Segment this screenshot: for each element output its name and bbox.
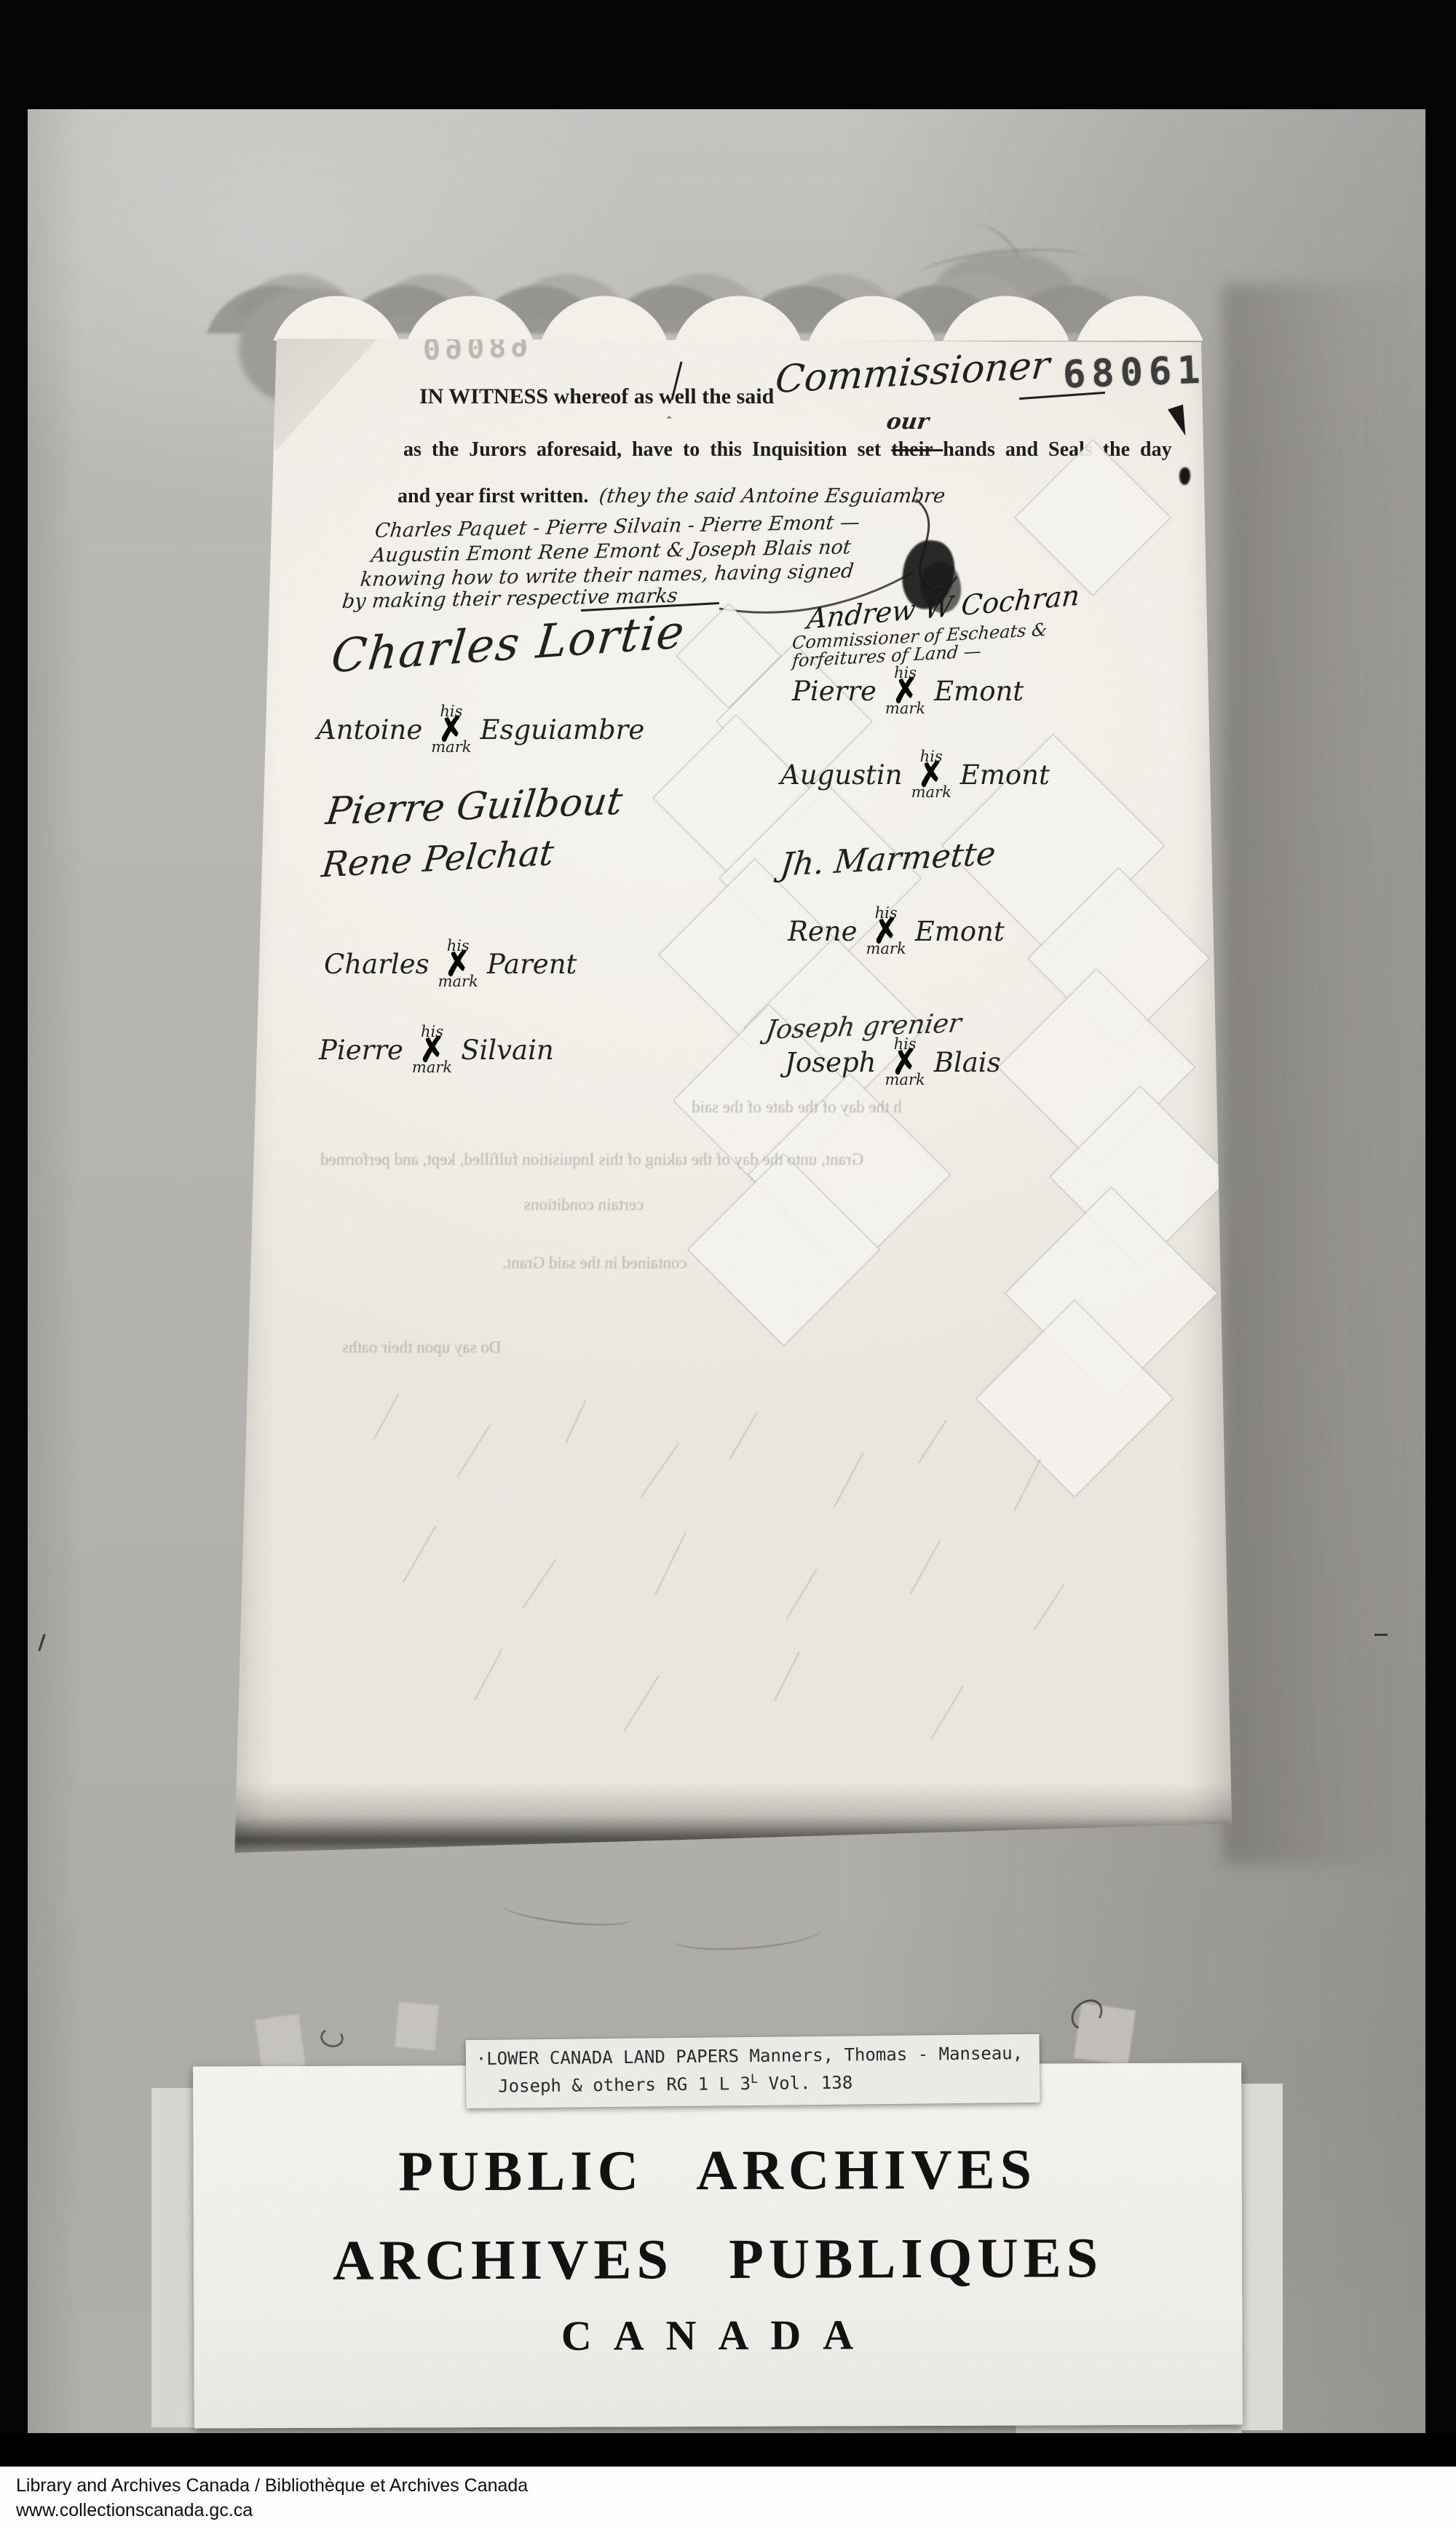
mark-first-name: Augustin — [780, 759, 903, 791]
mark-first-name: Charles — [324, 949, 430, 980]
footer-website: www.collectionscanada.gc.ca — [16, 2500, 253, 2521]
x-mark: ✗ — [871, 915, 901, 947]
card-country: CANADA — [194, 2309, 1242, 2361]
mark-first-name: Rene — [788, 916, 857, 947]
backing-sheet-right — [1238, 2084, 1283, 2430]
typed-label-line1: ·LOWER CANADA LAND PAPERS Manners, Thoma… — [476, 2043, 1024, 2069]
signature-pierre-emont: Pierre his ✗ mark Emont — [792, 666, 1024, 716]
document-sheet: 68060 68061 ‸ Commissioner IN WITNESS wh… — [233, 284, 1234, 1856]
paper-side-shadow — [1223, 284, 1427, 1864]
typed-reference-label: ·LOWER CANADA LAND PAPERS Manners, Thoma… — [466, 2034, 1040, 2108]
x-mark: ✗ — [443, 948, 473, 980]
his-mark-block: his ✗ mark — [911, 750, 951, 799]
signature-pierre-silvain: Pierre his ✗ mark Silvain — [319, 1025, 554, 1075]
his-mark-block: his ✗ mark — [885, 1037, 925, 1087]
his-mark-block: his ✗ mark — [412, 1025, 452, 1075]
frame-bottom-band — [0, 2433, 1456, 2467]
his-mark-block: his ✗ mark — [885, 666, 925, 716]
x-mark: ✗ — [890, 1046, 920, 1078]
tape-piece — [255, 2014, 305, 2072]
signature-augustin-emont: Augustin his ✗ mark Emont — [780, 750, 1050, 799]
edge-tick-mark — [1374, 1634, 1388, 1636]
card-title-french: ARCHIVES PUBLIQUES — [194, 2224, 1242, 2293]
bleedthrough-line: certain conditions — [524, 1195, 644, 1214]
signature-rene-emont: Rene his ✗ mark Emont — [788, 906, 1005, 956]
his-mark-block: his ✗ mark — [438, 939, 478, 989]
typed-label-line2-main: Joseph & others RG 1 L 3 — [498, 2073, 751, 2097]
x-mark: ✗ — [436, 713, 467, 746]
scanned-document-page: 68060 68061 ‸ Commissioner IN WITNESS wh… — [0, 0, 1456, 2527]
signature-joseph-blais: Joseph his ✗ mark Blais — [785, 1037, 1001, 1087]
mark-first-name: Antoine — [317, 714, 422, 746]
mark-last-name: Emont — [915, 916, 1005, 947]
paper-bottom-edge-shadow — [233, 1784, 1234, 1856]
bleedthrough-line: contained in the said Grant. — [502, 1254, 687, 1273]
paper-surface: 68060 68061 ‸ Commissioner IN WITNESS wh… — [233, 284, 1234, 1856]
x-mark: ✗ — [916, 759, 946, 791]
mark-last-name: Blais — [934, 1047, 1001, 1078]
signature-charles-parent: Charles his ✗ mark Parent — [324, 939, 577, 989]
mark-first-name: Pierre — [319, 1035, 403, 1066]
bleedthrough-line: Grant, unto the day of the taking of thi… — [320, 1150, 863, 1169]
typed-label-superscript: L — [751, 2072, 758, 2087]
typed-label-line2: Joseph & others RG 1 L 3L Vol. 138 — [498, 2071, 852, 2097]
signature-antoine-esguiambre: Antoine his ✗ mark Esguiambre — [317, 705, 644, 754]
footer-attribution: Library and Archives Canada / Bibliothèq… — [16, 2475, 528, 2496]
card-title-english: PUBLIC ARCHIVES — [193, 2135, 1241, 2204]
mark-first-name: Pierre — [792, 676, 877, 707]
backing-sheet-left — [151, 2088, 199, 2427]
his-mark-block: his ✗ mark — [866, 906, 906, 956]
typed-label-line2-tail: Vol. 138 — [758, 2073, 852, 2094]
public-archives-card: PUBLIC ARCHIVES ARCHIVES PUBLIQUES CANAD… — [193, 2063, 1243, 2428]
deckled-top-edge — [269, 282, 1208, 341]
mark-last-name: Silvain — [461, 1035, 554, 1066]
bleedthrough-line: Do say upon their oaths — [342, 1338, 501, 1357]
his-mark-block: his ✗ mark — [431, 705, 471, 754]
mark-first-name: Joseph — [785, 1047, 877, 1078]
tape-piece — [395, 2002, 438, 2051]
mark-last-name: Emont — [934, 676, 1024, 707]
mark-last-name: Esguiambre — [480, 714, 644, 746]
x-mark: ✗ — [417, 1034, 448, 1066]
mark-last-name: Emont — [960, 759, 1050, 791]
bleedthrough-line: h the day of the date of the said — [692, 1098, 902, 1117]
x-mark: ✗ — [890, 675, 921, 707]
mark-last-name: Parent — [487, 949, 577, 980]
